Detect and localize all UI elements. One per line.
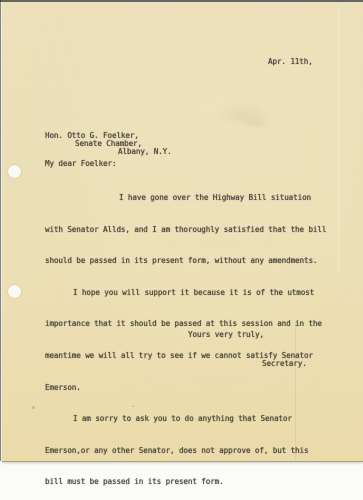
paper-crease: [338, 4, 340, 274]
salutation: My dear Foelker:: [45, 159, 116, 168]
paper-speck: [32, 406, 35, 409]
body-line: Emerson.: [45, 381, 326, 395]
scanned-letter-page: Apr. 11th, Hon. Otto G. Foelker, Senate …: [0, 0, 363, 500]
punch-hole-top: [8, 165, 21, 178]
closing-line: Yours very truly,: [188, 330, 264, 339]
body-line: should be passed in its present form, wi…: [45, 254, 326, 268]
body-line: bill must be passed in its present form.: [45, 475, 326, 489]
body-line: I have gone over the Highway Bill situat…: [119, 191, 326, 205]
body-line: with Senator Allds, and I am thoroughly …: [45, 223, 326, 237]
scan-edge-left: [0, 0, 1, 461]
letter-date: Apr. 11th,: [268, 57, 313, 66]
body-line: I am sorry to ask you to do anything tha…: [73, 412, 326, 426]
signature-title: Secretary.: [262, 359, 307, 368]
scan-edge-top: [0, 0, 363, 2]
letter-body: I have gone over the Highway Bill situat…: [45, 173, 326, 500]
body-line: importance that it should be passed at t…: [45, 317, 326, 331]
body-line: I hope you will support it because it is…: [73, 286, 326, 300]
recipient-address-line: Albany, N.Y.: [118, 147, 172, 156]
paper-smudge: [240, 116, 274, 130]
punch-hole-bottom: [8, 285, 21, 298]
body-line: Emerson,or any other Senator, does not a…: [45, 444, 326, 458]
